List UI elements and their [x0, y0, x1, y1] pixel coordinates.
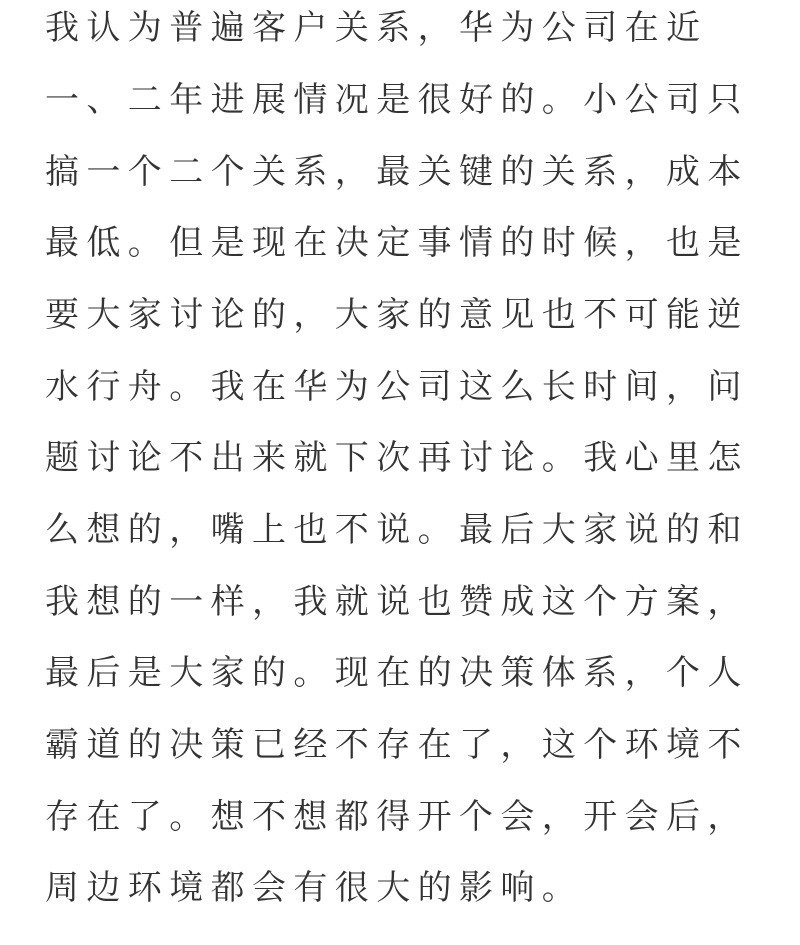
text-line: 霸道的决策已经不存在了，这个环境不 — [45, 720, 785, 770]
text-line: 我认为普遍客户关系，华为公司在近 — [45, 3, 785, 53]
text-line: 周边环境都会有很大的影响。 — [45, 863, 785, 913]
text-line: 么想的，嘴上也不说。最后大家说的和 — [45, 505, 785, 555]
text-line: 最低。但是现在决定事情的时候，也是 — [45, 218, 785, 268]
text-line: 水行舟。我在华为公司这么长时间，问 — [45, 362, 785, 412]
text-line: 存在了。想不想都得开个会，开会后， — [45, 792, 785, 842]
text-line: 一、二年进展情况是很好的。小公司只 — [45, 75, 785, 125]
text-line: 要大家讨论的，大家的意见也不可能逆 — [45, 290, 785, 340]
text-line: 最后是大家的。现在的决策体系，个人 — [45, 648, 785, 698]
text-line: 题讨论不出来就下次再讨论。我心里怎 — [45, 433, 785, 483]
text-line: 搞一个二个关系，最关键的关系，成本 — [45, 147, 785, 197]
text-line: 我想的一样，我就说也赞成这个方案， — [45, 577, 785, 627]
document-body: 我认为普遍客户关系，华为公司在近 一、二年进展情况是很好的。小公司只 搞一个二个… — [0, 0, 800, 945]
